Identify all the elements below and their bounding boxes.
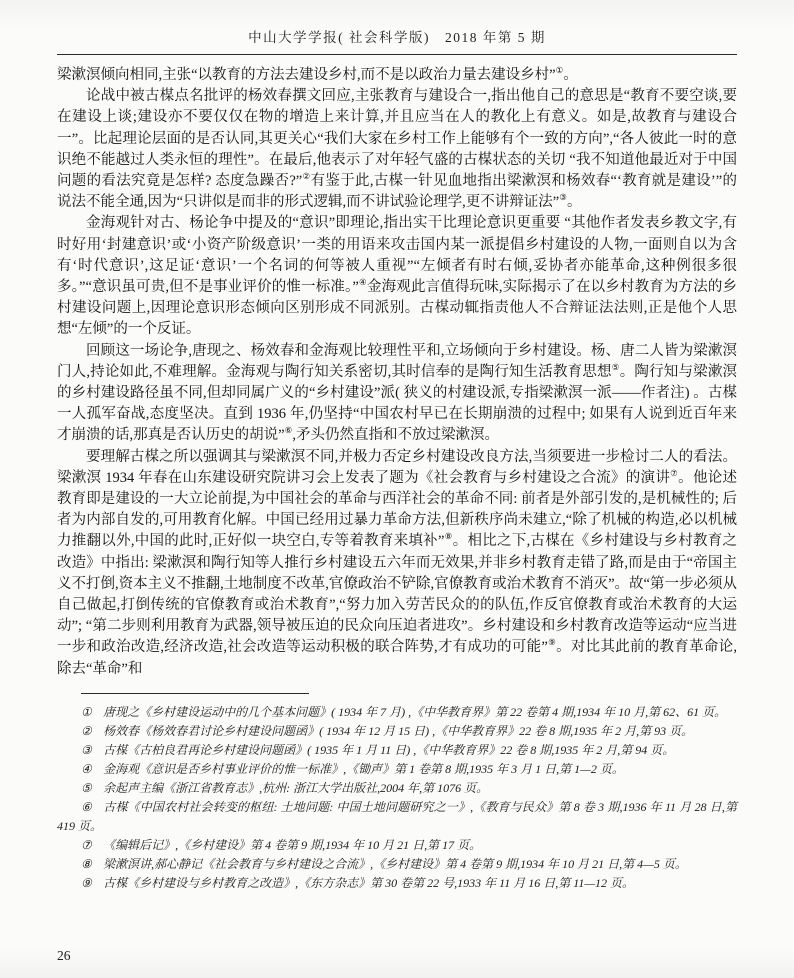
footnote-text: 古楳《乡村建设与乡村教育之改造》,《东方杂志》第 30 卷第 22 号,1933… — [103, 876, 634, 890]
body-paragraph: 金海观针对古、杨论争中提及的“意识”即理论,指出实干比理论意识更重要 “其他作者… — [57, 213, 737, 340]
body-paragraph: 要理解古楳之所以强调其与梁漱溟不同,并极力否定乡村建设改良方法,当须要进一步检讨… — [57, 447, 737, 680]
body-paragraph: 回顾这一场论争,唐现之、杨效春和金海观比较理性平和,立场倾向于乡村建设。杨、唐二… — [57, 341, 737, 447]
footnote: ③古楳《古柏良君再论乡村建设问题函》( 1935 年 1 月 11 日) ,《中… — [57, 741, 737, 760]
footnote-text: 唐现之《乡村建设运动中的几个基本问题》( 1934 年 7 月) ,《中华教育界… — [103, 705, 726, 719]
footnote-marker: ⑨ — [81, 876, 92, 890]
body-paragraph: 梁漱溟倾向相同,主张“以教育的方法去建设乡村,而不是以政治力量去建设乡村”①。 — [57, 65, 737, 86]
running-head: 中山大学学报( 社会科学版) 2018 年第 5 期 — [57, 26, 737, 54]
footnote-marker: ① — [81, 705, 92, 719]
footnote-marker: ⑤ — [81, 781, 92, 795]
footnote: ④金海观《意识是否乡村事业评价的惟一标准》,《锄声》第 1 卷第 8 期,193… — [57, 760, 737, 779]
footnote: ⑤余起声主编《浙江省教育志》,杭州: 浙江大学出版社,2004 年,第 1076… — [57, 779, 737, 798]
footnote: ⑥古楳《中国农村社会转变的枢纽: 土地问题: 中国土地问题研究之一》,《教育与民… — [57, 798, 737, 836]
footnote-text: 杨效春《杨效春君讨论乡村建设问题函》( 1934 年 12 月 15 日) ,《… — [103, 724, 693, 738]
footnote-marker: ④ — [81, 762, 92, 776]
footnote-separator-rule — [81, 693, 309, 694]
footnote-text: 余起声主编《浙江省教育志》,杭州: 浙江大学出版社,2004 年,第 1076 … — [103, 781, 488, 795]
footnote-text: 金海观《意识是否乡村事业评价的惟一标准》,《锄声》第 1 卷第 8 期,1935… — [103, 762, 624, 776]
footnote-marker: ③ — [81, 743, 92, 757]
footnote-text: 古楳《古柏良君再论乡村建设问题函》( 1935 年 1 月 11 日) ,《中华… — [103, 743, 674, 757]
footnote: ⑦《编辑后记》,《乡村建设》第 4 卷第 9 期,1934 年 10 月 21 … — [57, 836, 737, 855]
journal-page: 中山大学学报( 社会科学版) 2018 年第 5 期 梁漱溟倾向相同,主张“以教… — [0, 0, 794, 978]
footnote-marker: ⑥ — [81, 800, 92, 814]
article-body: 梁漱溟倾向相同,主张“以教育的方法去建设乡村,而不是以政治力量去建设乡村”①。论… — [57, 65, 737, 680]
footnote-marker: ② — [81, 724, 92, 738]
footnote-marker: ⑧ — [81, 857, 92, 871]
page-number: 26 — [57, 948, 71, 964]
footnote-marker: ⑦ — [81, 838, 92, 852]
footnote-text: 梁漱溟讲,郝心静记《社会教育与乡村建设之合流》,《乡村建设》第 4 卷第 9 期… — [103, 857, 687, 871]
footnote-text: 《编辑后记》,《乡村建设》第 4 卷第 9 期,1934 年 10 月 21 日… — [103, 838, 481, 852]
footnote-text: 古楳《中国农村社会转变的枢纽: 土地问题: 中国土地问题研究之一》,《教育与民众… — [57, 800, 737, 833]
footnotes-block: ①唐现之《乡村建设运动中的几个基本问题》( 1934 年 7 月) ,《中华教育… — [57, 703, 737, 893]
footnote: ⑨古楳《乡村建设与乡村教育之改造》,《东方杂志》第 30 卷第 22 号,193… — [57, 874, 737, 893]
body-paragraph: 论战中被古楳点名批评的杨效春撰文回应,主张教育与建设合一,指出他自己的意思是“教… — [57, 86, 737, 213]
header-rule — [57, 54, 737, 55]
footnote: ②杨效春《杨效春君讨论乡村建设问题函》( 1934 年 12 月 15 日) ,… — [57, 722, 737, 741]
footnote: ①唐现之《乡村建设运动中的几个基本问题》( 1934 年 7 月) ,《中华教育… — [57, 703, 737, 722]
footnote: ⑧梁漱溟讲,郝心静记《社会教育与乡村建设之合流》,《乡村建设》第 4 卷第 9 … — [57, 855, 737, 874]
